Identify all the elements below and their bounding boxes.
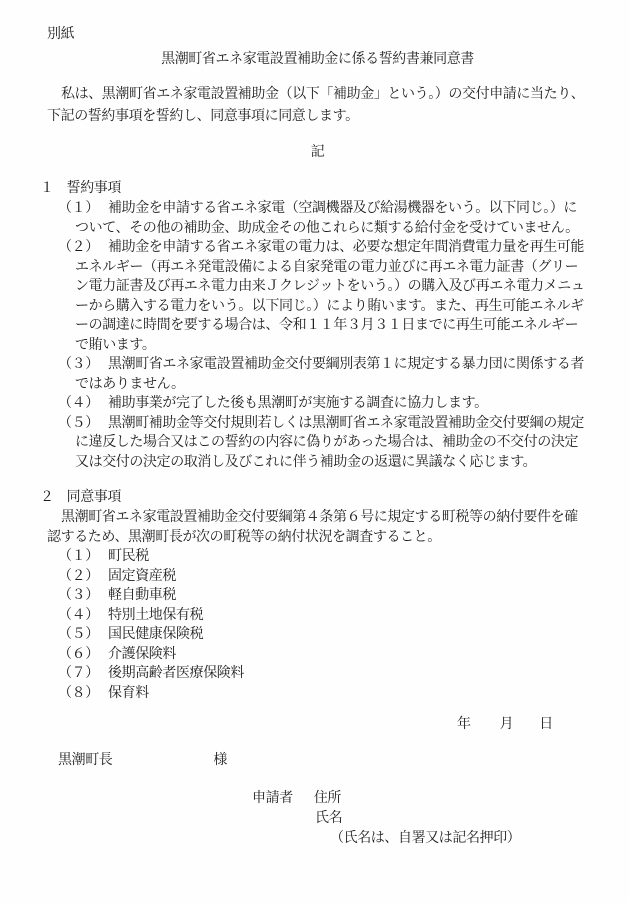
section-2-heading: ２同意事項 — [40, 488, 588, 508]
section-2-title: 同意事項 — [67, 490, 121, 505]
item-number-label: （１） — [58, 199, 108, 219]
addressee-name: 黒潮町長 — [58, 753, 112, 768]
item-text: 補助金を申請する省エネ家電の電力は、必要な想定年間消費電力量を再生可能エネルギー… — [75, 240, 584, 353]
list-item: （３）軽自動車税 — [47, 586, 588, 606]
section-1-heading: １誓約事項 — [40, 179, 588, 199]
address-label: 住所 — [314, 791, 341, 806]
applicant-name-row: 氏名 — [315, 809, 588, 829]
item-text: 後期高齢者医療保険料 — [108, 666, 244, 681]
item-text: 保育料 — [108, 686, 149, 701]
pledge-item-list: （１）補助金を申請する省エネ家電（空調機器及び給湯機器をいう。以下同じ。）につい… — [47, 199, 588, 472]
item-number-label: （４） — [58, 394, 108, 414]
item-text: 特別土地保有税 — [108, 608, 203, 623]
consent-section: ２同意事項 黒潮町省エネ家電設置補助金交付要綱第４条第６号に規定する町税等の納付… — [47, 488, 588, 703]
applicant-address-row: 申請者住所 — [252, 789, 588, 809]
tax-item-list: （１）町民税 （２）固定資産税 （３）軽自動車税 （４）特別土地保有税 （５）国… — [47, 547, 588, 703]
corner-label: 別紙 — [47, 25, 588, 44]
record-mark: 記 — [47, 143, 588, 163]
item-text: 黒潮町省エネ家電設置補助金交付要綱別表第１に規定する暴力団に関係する者ではありま… — [75, 357, 584, 392]
list-item: （４）特別土地保有税 — [47, 606, 588, 626]
applicant-block: 申請者住所 氏名 （氏名は、自署又は記名押印） — [252, 789, 588, 849]
item-text: 黒潮町補助金等交付規則若しくは黒潮町省エネ家電設置補助金交付要綱の規定に違反した… — [75, 416, 584, 470]
item-number-label: （２） — [58, 567, 108, 587]
honorific-label: 様 — [213, 753, 227, 768]
intro-paragraph: 私は、黒潮町省エネ家電設置補助金（以下「補助金」という。）の交付申請に当たり、下… — [47, 84, 588, 128]
document-page: 別紙 黒潮町省エネ家電設置補助金に係る誓約書兼同意書 私は、黒潮町省エネ家電設置… — [0, 0, 630, 903]
list-item: （５）黒潮町補助金等交付規則若しくは黒潮町省エネ家電設置補助金交付要綱の規定に違… — [47, 414, 588, 473]
list-item: （４）補助事業が完了した後も黒潮町が実施する調査に協力します。 — [47, 394, 588, 414]
list-item: （７）後期高齢者医療保険料 — [47, 664, 588, 684]
item-number-label: （２） — [58, 238, 108, 258]
item-number-label: （５） — [58, 625, 108, 645]
list-item: （６）介護保険料 — [47, 645, 588, 665]
pledge-section: １誓約事項 （１）補助金を申請する省エネ家電（空調機器及び給湯機器をいう。以下同… — [47, 179, 588, 472]
name-note-row: （氏名は、自署又は記名押印） — [330, 829, 588, 849]
item-number-label: （３） — [58, 355, 108, 375]
consent-intro: 黒潮町省エネ家電設置補助金交付要綱第４条第６号に規定する町税等の納付要件を確認す… — [47, 508, 588, 547]
list-item: （３）黒潮町省エネ家電設置補助金交付要綱別表第１に規定する暴力団に関係する者では… — [47, 355, 588, 394]
list-item: （５）国民健康保険税 — [47, 625, 588, 645]
item-text: 介護保険料 — [108, 647, 176, 662]
item-number-label: （８） — [58, 684, 108, 704]
item-number-label: （１） — [58, 547, 108, 567]
section-1-number: １ — [40, 181, 54, 196]
name-label: 氏名 — [315, 811, 342, 826]
list-item: （１）町民税 — [47, 547, 588, 567]
item-number-label: （７） — [58, 664, 108, 684]
day-label: 日 — [539, 717, 553, 732]
section-1-title: 誓約事項 — [67, 181, 121, 196]
item-number-label: （５） — [58, 414, 108, 434]
list-item: （２）固定資産税 — [47, 567, 588, 587]
month-label: 月 — [500, 717, 514, 732]
section-2-number: ２ — [40, 490, 54, 505]
item-number-label: （３） — [58, 586, 108, 606]
item-text: 補助事業が完了した後も黒潮町が実施する調査に協力します。 — [108, 396, 488, 411]
item-text: 軽自動車税 — [108, 588, 176, 603]
list-item: （２）補助金を申請する省エネ家電の電力は、必要な想定年間消費電力量を再生可能エネ… — [47, 238, 588, 355]
applicant-label: 申請者 — [252, 791, 293, 806]
addressee-line: 黒潮町長様 — [58, 751, 588, 771]
document-title: 黒潮町省エネ家電設置補助金に係る誓約書兼同意書 — [47, 50, 588, 70]
item-text: 固定資産税 — [108, 569, 176, 584]
list-item: （８）保育料 — [47, 684, 588, 704]
item-text: 補助金を申請する省エネ家電（空調機器及び給湯機器をいう。以下同じ。）について、そ… — [75, 201, 579, 236]
date-line: 年月日 — [457, 715, 588, 735]
item-number-label: （６） — [58, 645, 108, 665]
year-label: 年 — [457, 717, 471, 732]
item-text: 町民税 — [108, 549, 149, 564]
list-item: （１）補助金を申請する省エネ家電（空調機器及び給湯機器をいう。以下同じ。）につい… — [47, 199, 588, 238]
item-text: 国民健康保険税 — [108, 627, 203, 642]
name-note: （氏名は、自署又は記名押印） — [330, 831, 520, 846]
item-number-label: （４） — [58, 606, 108, 626]
